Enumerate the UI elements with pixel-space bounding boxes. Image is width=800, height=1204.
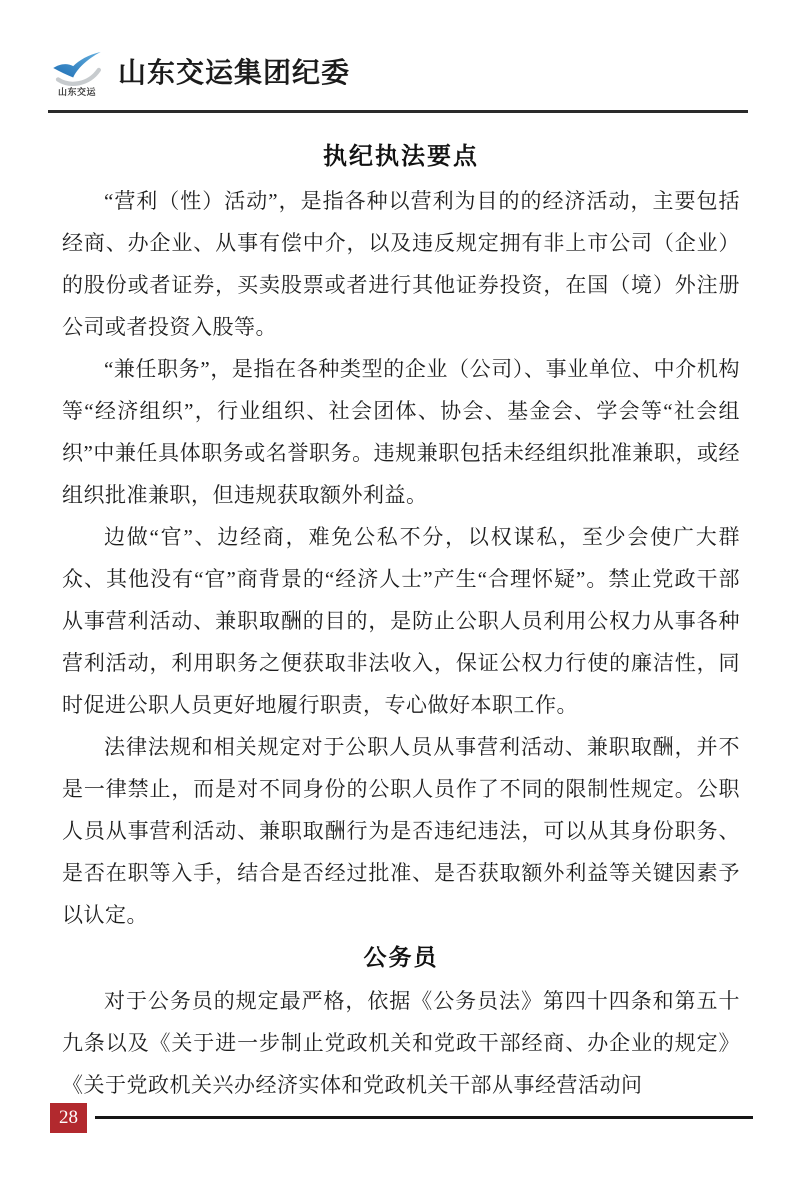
company-logo: 山东交运 [48,50,106,98]
paragraph: 法律法规和相关规定对于公职人员从事营利活动、兼职取酬，并不是一律禁止，而是对不同… [62,726,740,936]
document-page: 山东交运 山东交运集团纪委 执纪执法要点 “营利（性）活动”，是指各种以营利为目… [0,0,800,1204]
paragraph: 对于公务员的规定最严格，依据《公务员法》第四十四条和第五十九条以及《关于进一步制… [62,980,740,1106]
footer-divider [95,1116,753,1119]
header-divider [48,110,748,113]
page-header: 山东交运 山东交运集团纪委 [48,50,350,98]
bird-swoosh-logo-icon [50,50,104,88]
section-subtitle: 公务员 [62,938,740,976]
document-title: 执纪执法要点 [62,140,740,174]
logo-caption: 山东交运 [58,85,96,98]
document-body: 执纪执法要点 “营利（性）活动”，是指各种以营利为目的的经济活动，主要包括经商、… [62,140,740,1106]
page-number-badge: 28 [50,1103,87,1133]
paragraph: “兼任职务”，是指在各种类型的企业（公司）、事业单位、中介机构等“经济组织”，行… [62,348,740,516]
paragraph: 边做“官”、边经商，难免公私不分，以权谋私，至少会使广大群众、其他没有“官”商背… [62,516,740,726]
paragraph: “营利（性）活动”，是指各种以营利为目的的经济活动，主要包括经商、办企业、从事有… [62,180,740,348]
org-name: 山东交运集团纪委 [118,51,350,91]
